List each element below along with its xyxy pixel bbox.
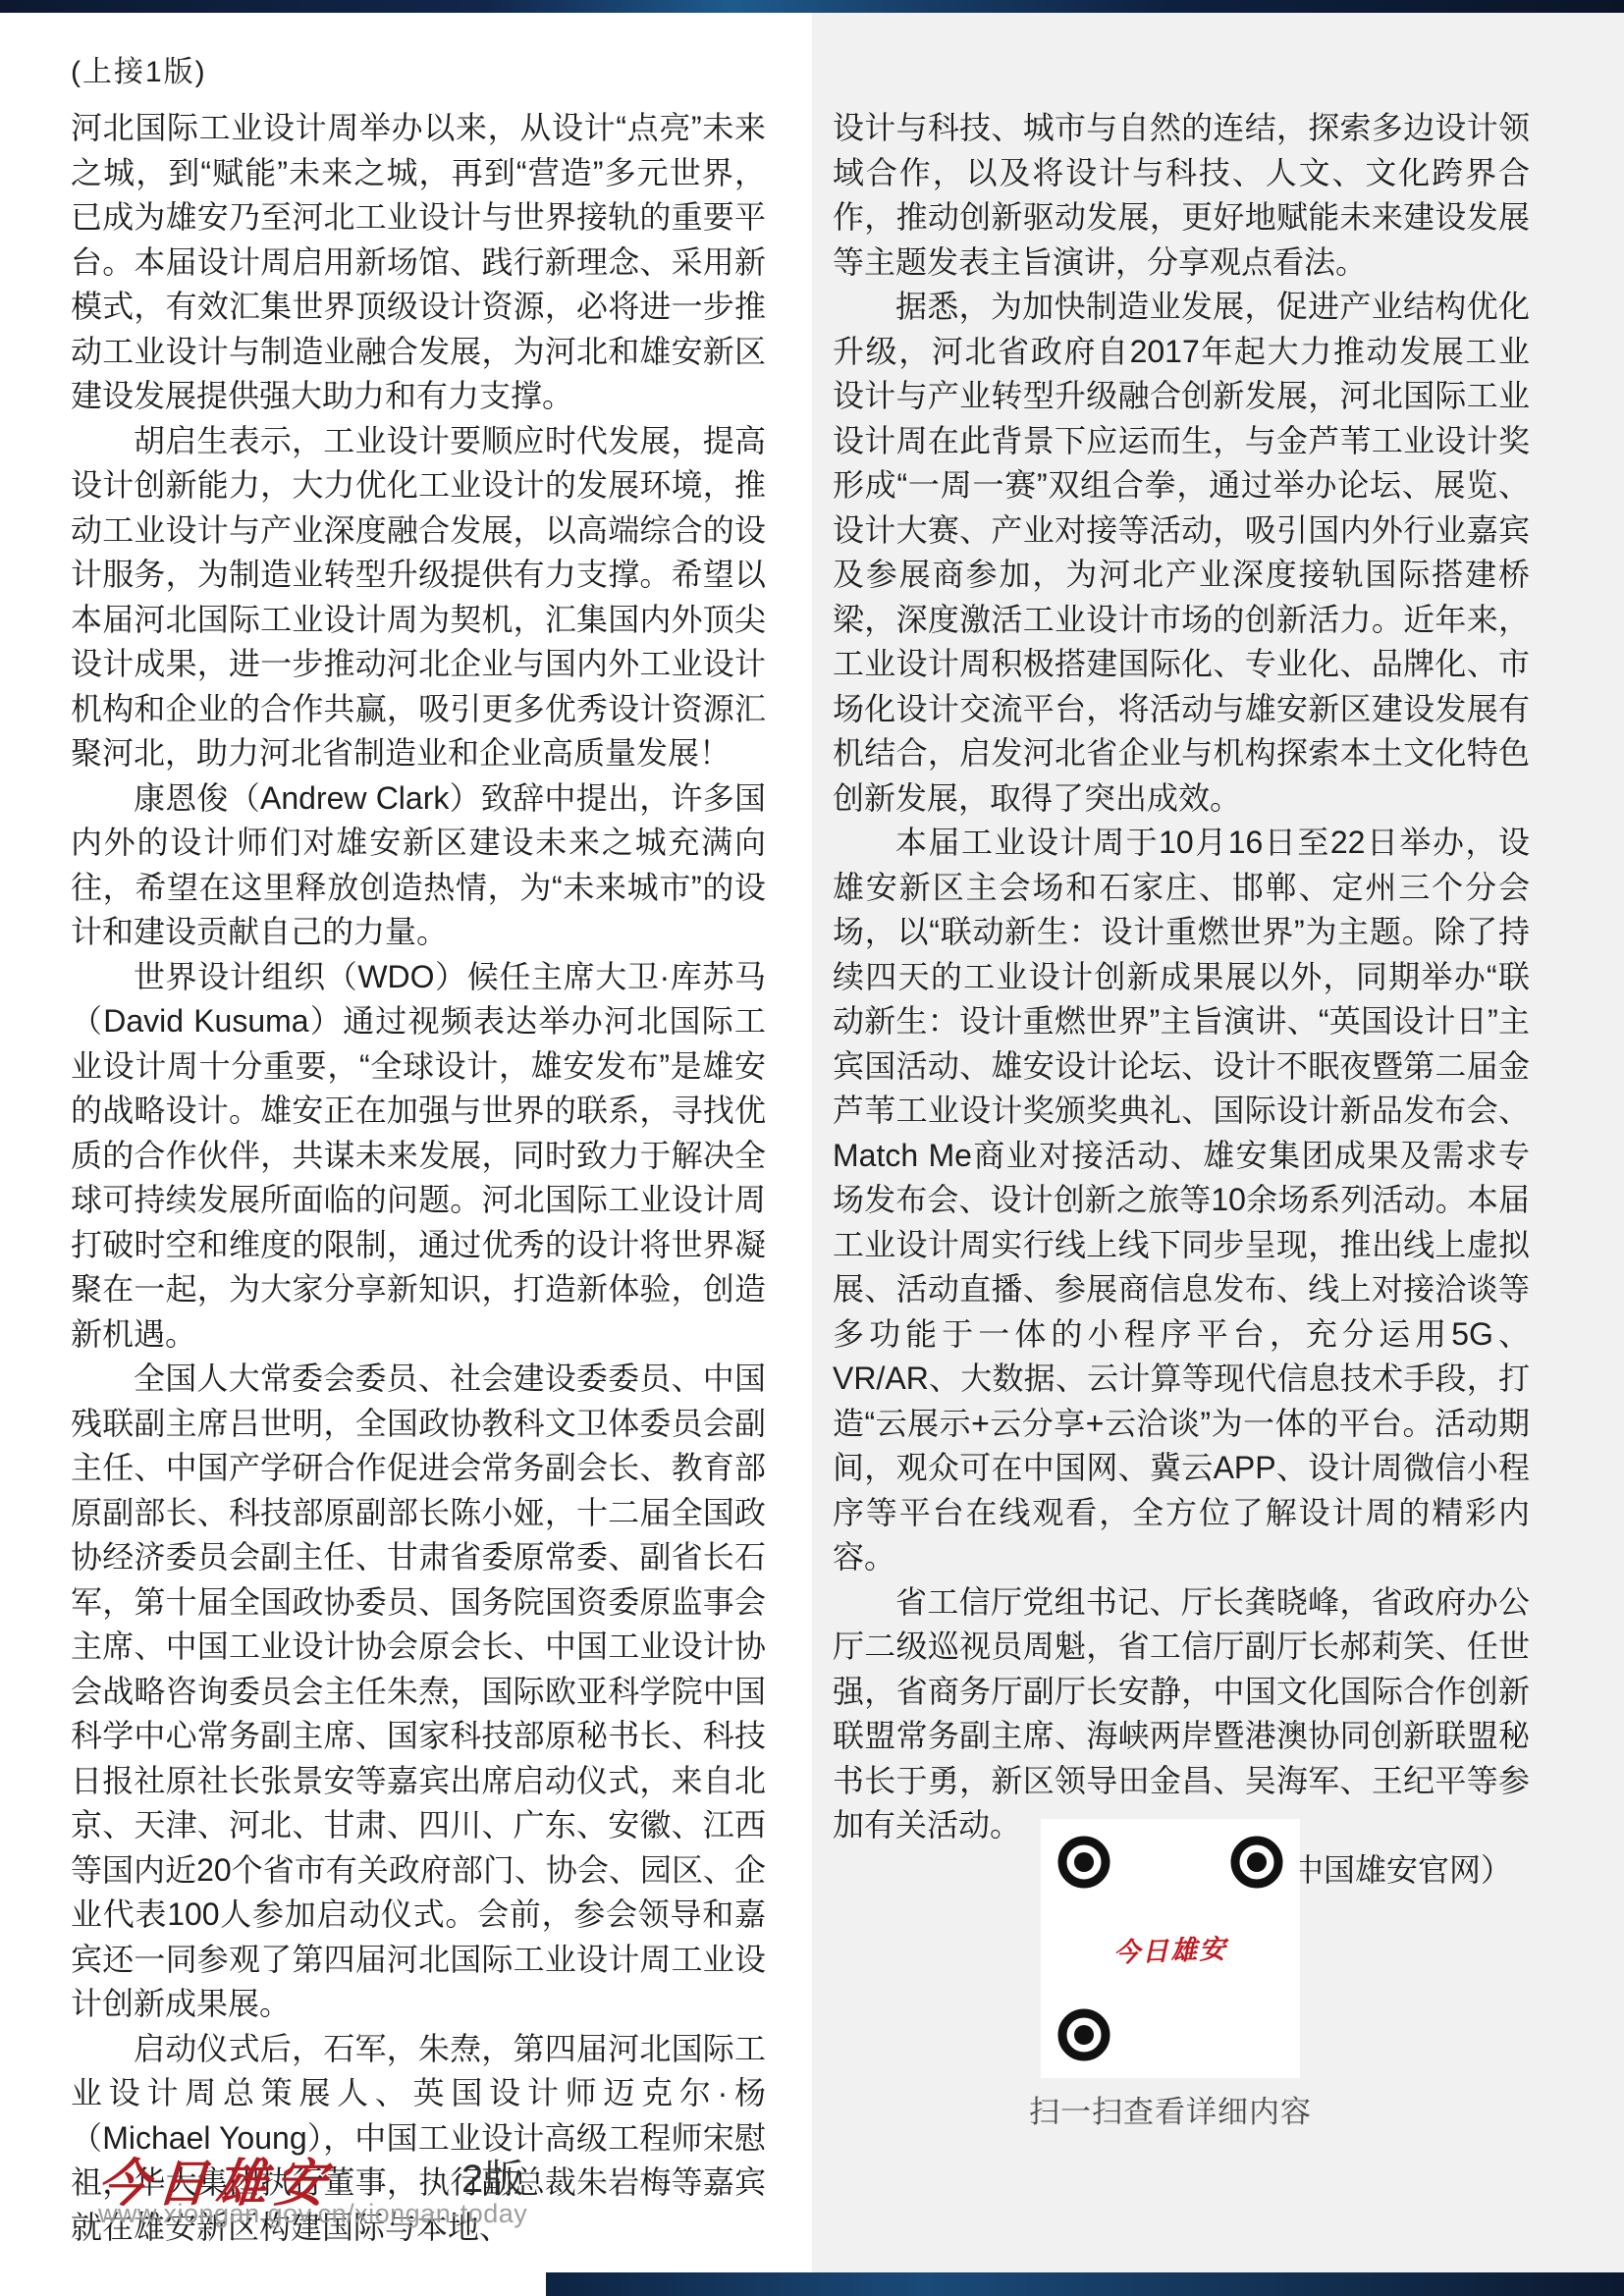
qr-center-logo-text: 今日雄安 <box>1105 1921 1236 1976</box>
qr-code: 今日雄安 <box>1041 1819 1300 2078</box>
article-paragraph: 胡启生表示，工业设计要顺应时代发展，提高设计创新能力，大力优化工业设计的发展环境… <box>71 419 766 776</box>
article-paragraph: 据悉，为加快制造业发展，促进产业结构优化升级，河北省政府自2017年起大力推动发… <box>833 285 1530 821</box>
article-paragraph: 本届工业设计周于10月16日至22日举办，设雄安新区主会场和石家庄、邯郸、定州三… <box>833 821 1530 1580</box>
article-paragraph: 全国人大常委会委员、社会建设委委员、中国残联副主席吕世明，全国政协教科文卫体委员… <box>71 1357 766 2027</box>
continuation-note: (上接1版) <box>71 47 207 90</box>
article-paragraph: 省工信厅党组书记、厅长龚晓峰，省政府办公厅二级巡视员周魁，省工信厅副厅长郝莉笑、… <box>833 1580 1530 1848</box>
top-gradient-bar <box>0 0 1624 13</box>
footer: 今日雄安 2版 www.xiongan.gov.cn/xiongan-today <box>0 2142 812 2260</box>
article-left-column: 河北国际工业设计周举办以来，从设计“点亮”未来之城，到“赋能”未来之城，再到“营… <box>71 106 766 2250</box>
bottom-gradient-bar <box>546 2272 1624 2296</box>
article-right-column: 设计与科技、城市与自然的连结，探索多边设计领域合作，以及将设计与科技、人文、文化… <box>833 106 1530 1893</box>
qr-scan-caption: 扫一扫查看详细内容 <box>1022 2087 1319 2131</box>
article-paragraph: 康恩俊（Andrew Clark）致辞中提出，许多国内外的设计师们对雄安新区建设… <box>71 776 766 955</box>
site-url: www.xiongan.gov.cn/xiongan-today <box>98 2199 527 2229</box>
article-right-paragraphs: 设计与科技、城市与自然的连结，探索多边设计领域合作，以及将设计与科技、人文、文化… <box>833 106 1530 1848</box>
article-paragraph: 河北国际工业设计周举办以来，从设计“点亮”未来之城，到“赋能”未来之城，再到“营… <box>71 106 766 419</box>
page-number: 2版 <box>461 2148 524 2204</box>
article-paragraph: 世界设计组织（WDO）候任主席大卫·库苏马（David Kusuma）通过视频表… <box>71 955 766 1358</box>
article-paragraph: 设计与科技、城市与自然的连结，探索多边设计领域合作，以及将设计与科技、人文、文化… <box>833 106 1530 285</box>
newspaper-page: (上接1版) 河北国际工业设计周举办以来，从设计“点亮”未来之城，到“赋能”未来… <box>0 0 1624 2296</box>
